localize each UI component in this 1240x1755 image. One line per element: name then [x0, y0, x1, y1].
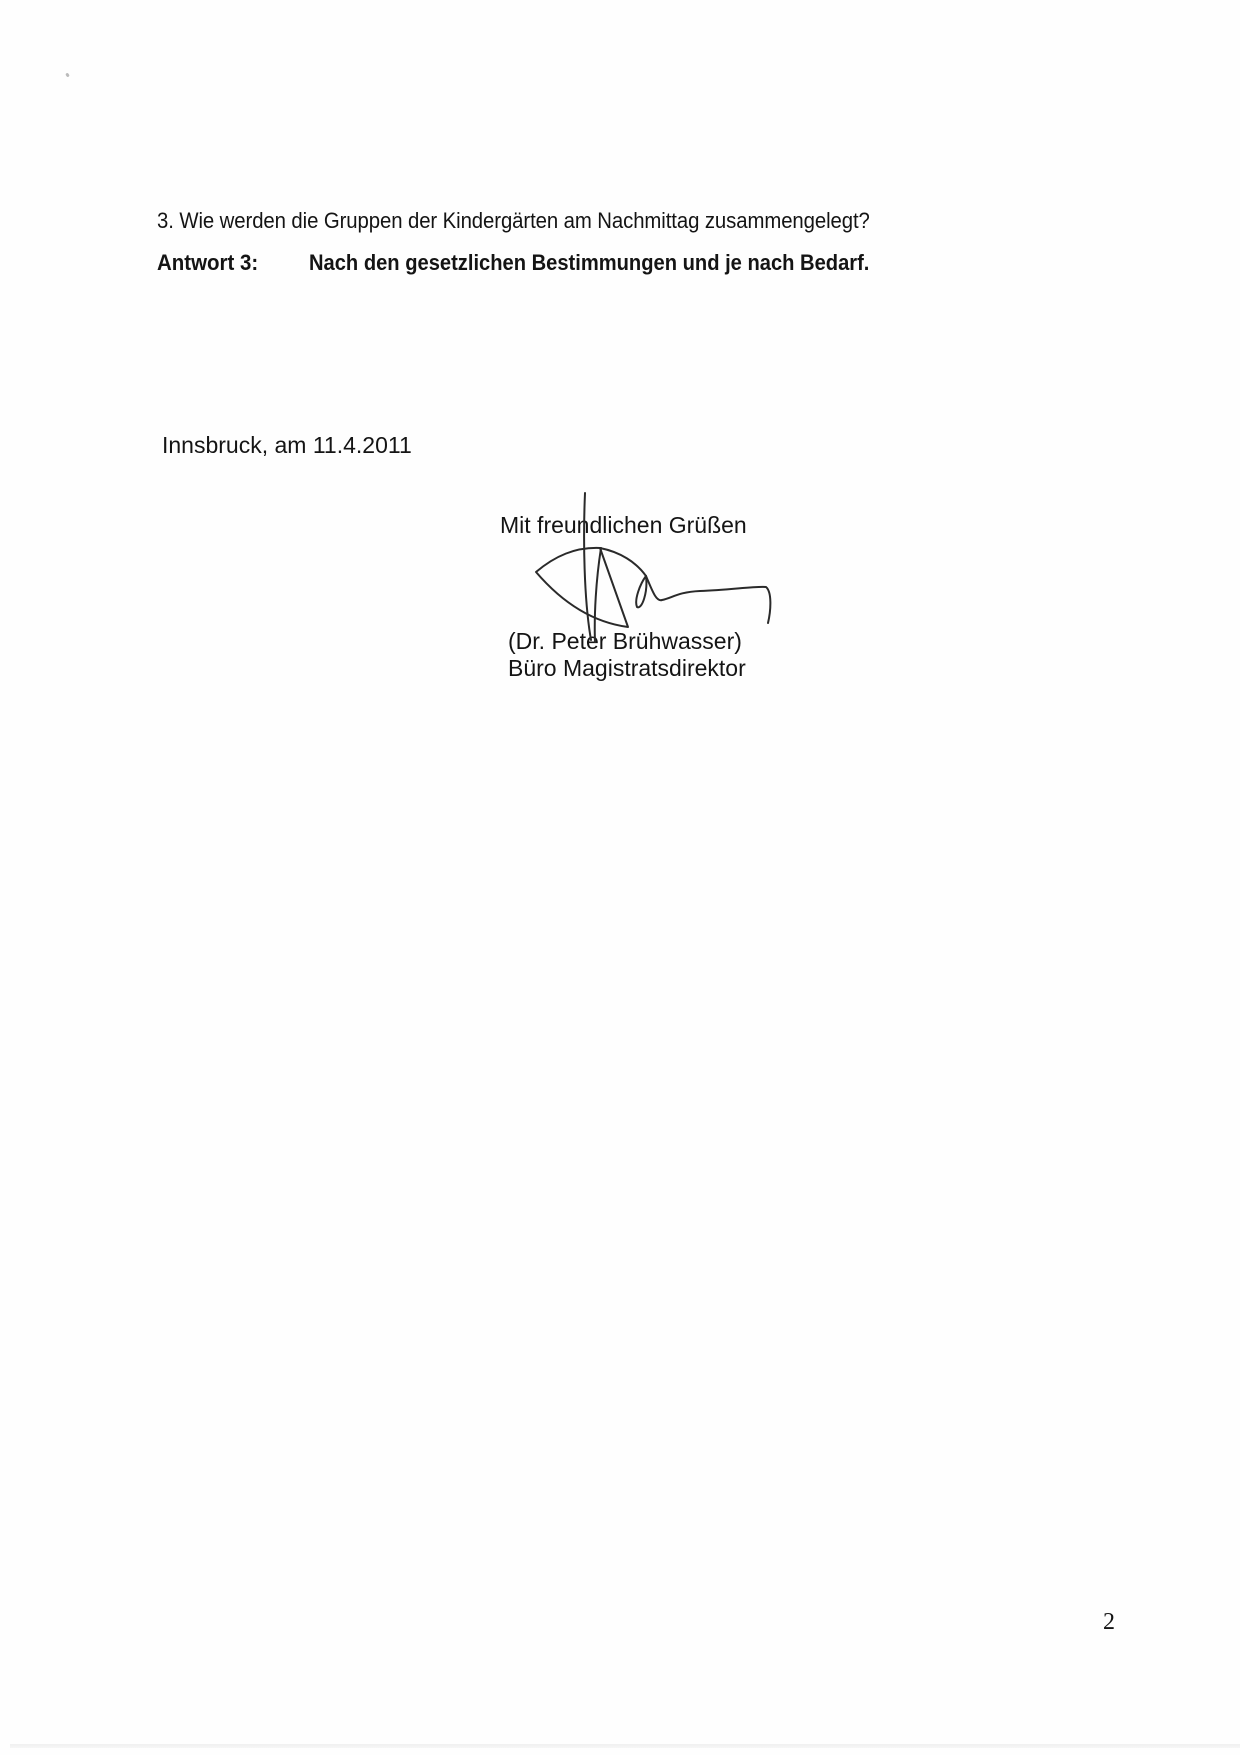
page-bottom-edge	[10, 1744, 1240, 1748]
place-date: Innsbruck, am 11.4.2011	[162, 434, 412, 457]
signatory-role: Büro Magistratsdirektor	[508, 657, 746, 680]
answer-text: Nach den gesetzlichen Bestimmungen und j…	[309, 252, 869, 274]
page-number: 2	[1103, 1610, 1115, 1634]
answer-label: Antwort 3:	[157, 252, 258, 274]
scan-speck	[65, 73, 70, 78]
signatory-name: (Dr. Peter Brühwasser)	[508, 630, 742, 653]
question-3: 3. Wie werden die Gruppen der Kindergärt…	[157, 210, 870, 232]
closing-greeting: Mit freundlichen Grüßen	[500, 514, 747, 537]
document-page: 3. Wie werden die Gruppen der Kindergärt…	[0, 0, 1240, 1755]
